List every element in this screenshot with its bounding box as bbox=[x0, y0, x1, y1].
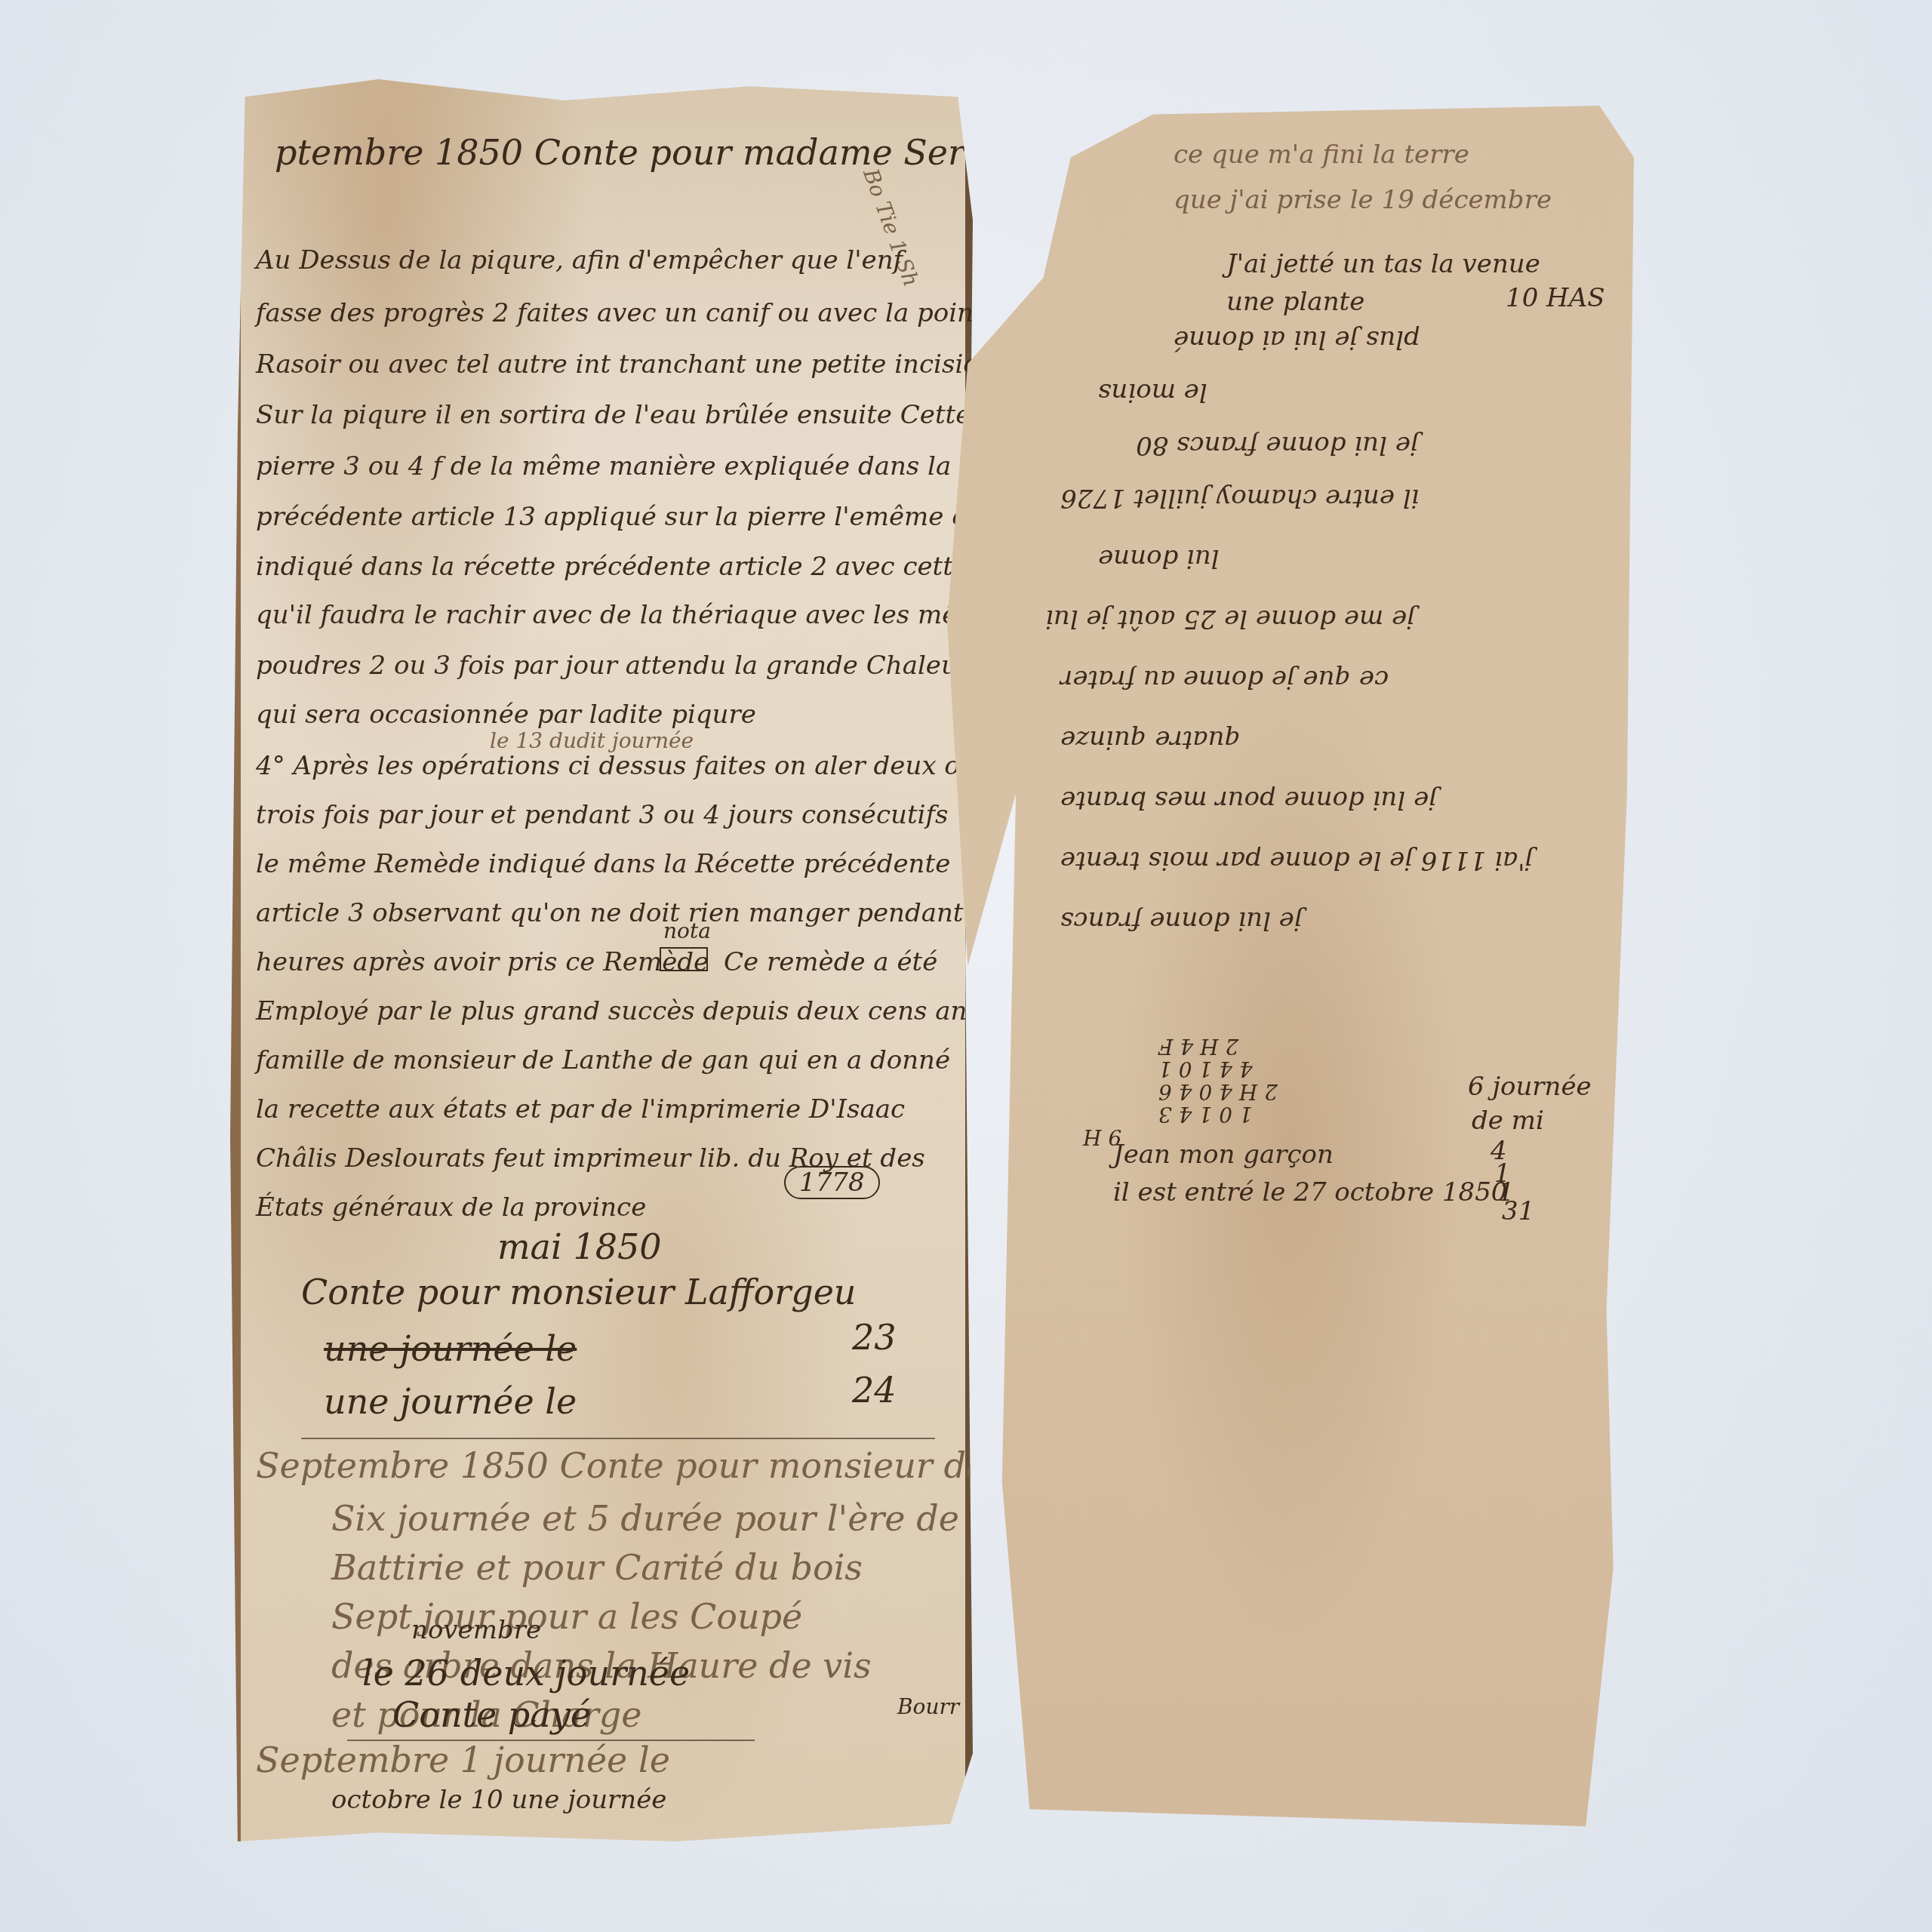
account-line: le 26 deux journée bbox=[362, 1653, 690, 1694]
nota-label: nota bbox=[663, 918, 711, 943]
interlinear-note: le 13 dudit journée bbox=[490, 728, 694, 753]
recipe-line: États généraux de la province bbox=[256, 1192, 646, 1223]
inverted-line: je lui donne francs bbox=[1060, 906, 1302, 936]
recipe-line: le même Remède indiqué dans la Récette p… bbox=[256, 849, 950, 879]
account-line: Six journée et 5 durée pour l'ère de bbox=[331, 1498, 959, 1539]
entry-text: une journée le bbox=[324, 1328, 577, 1369]
account-line: Septembre 1 journée le bbox=[256, 1740, 670, 1780]
inverted-line: le moins bbox=[1098, 377, 1207, 408]
recipe-line: Rasoir ou avec tel autre int tranchant u… bbox=[256, 349, 995, 380]
inverted-line: plus je lui ai donné bbox=[1174, 325, 1420, 355]
account-header: Septembre 1850 Conte pour monsieur dabos bbox=[256, 1445, 1048, 1486]
recipe-line: la recette aux états et par de l'imprime… bbox=[256, 1094, 905, 1124]
account-line: Battirie et pour Carité du bois bbox=[331, 1547, 863, 1588]
inverted-line: je lui donne pour mes brante bbox=[1060, 785, 1437, 815]
divider bbox=[347, 1740, 755, 1741]
recipe-line: fasse des progrès 2 faites avec un canif… bbox=[256, 298, 984, 328]
recipe-line: précédente article 13 appliqué sur la pi… bbox=[256, 502, 1069, 532]
recipe-line: trois fois par jour et pendant 3 ou 4 jo… bbox=[256, 800, 949, 830]
ledger-figure: 1 0 1 4 3 bbox=[1158, 1102, 1253, 1127]
entry-day: 23 bbox=[852, 1317, 897, 1358]
inverted-line: lui donne bbox=[1098, 543, 1220, 574]
inverted-line: je me donne le 25 août je lui bbox=[1045, 604, 1415, 634]
recipe-line: Ce remède a été bbox=[724, 947, 937, 977]
inverted-line: je lui donne francs 80 bbox=[1136, 430, 1418, 460]
page-header: ptembre 1850 Conte pour madame Sermar bbox=[275, 132, 1035, 173]
side-note-line: de mi bbox=[1472, 1106, 1544, 1136]
inverted-line: quatre quinze bbox=[1060, 724, 1241, 755]
divider bbox=[301, 1438, 935, 1439]
ledger-figure: 4 4 1 0 1 bbox=[1158, 1057, 1253, 1081]
recipe-line: qui sera occasionnée par ladite piqure bbox=[256, 700, 756, 730]
recipe-line: famille de monsieur de Lanthe de gan qui… bbox=[256, 1045, 950, 1075]
right-manuscript-fragment: ce que m'a fini la terre que j'ai prise … bbox=[947, 106, 1634, 1826]
ledger-figure: 2 H 4 F bbox=[1158, 1034, 1238, 1059]
circled-year: 1778 bbox=[784, 1166, 880, 1199]
account-paid: Conte payé bbox=[392, 1694, 591, 1735]
recipe-line: heures après avoir pris ce Remède bbox=[256, 947, 709, 977]
top-line: que j'ai prise le 19 décembre bbox=[1174, 185, 1552, 215]
recipe-line: pierre 3 ou 4 f de la même manière expli… bbox=[256, 451, 1035, 481]
ledger-figure: 2 H 4 0 4 6 bbox=[1158, 1079, 1278, 1104]
recipe-line: qu'il faudra le rachir avec de la théria… bbox=[256, 600, 1010, 630]
entry-amount: 10 HAS bbox=[1506, 283, 1605, 313]
recipe-line: article 3 observant qu'on ne doit rien m… bbox=[256, 898, 1034, 928]
entry: J'ai jetté un tas la venue bbox=[1226, 249, 1540, 279]
recipe-line: poudres 2 ou 3 fois par jour attendu la … bbox=[256, 651, 970, 681]
top-line: ce que m'a fini la terre bbox=[1174, 140, 1469, 170]
jean-entry-line: il est entré le 27 octobre 1850 bbox=[1113, 1177, 1507, 1207]
recipe-line: Employé par le plus grand succès depuis … bbox=[256, 996, 1032, 1026]
inverted-line: ce que je donne au frater bbox=[1060, 664, 1389, 694]
account-title: Conte pour monsieur Lafforgeu bbox=[301, 1272, 856, 1312]
recipe-line: Au Dessus de la piqure, afin d'empêcher … bbox=[256, 245, 903, 275]
nota-box bbox=[660, 947, 708, 971]
entry: une plante bbox=[1226, 287, 1364, 317]
inverted-line: j'ai 1116 je le donne par mois trente bbox=[1060, 845, 1533, 875]
entry-day: 24 bbox=[852, 1370, 897, 1411]
inverted-line: il entre chamoy juillet 1726 bbox=[1060, 483, 1420, 513]
account-line: novembre bbox=[411, 1615, 541, 1645]
margin-note: Bourr bbox=[897, 1694, 959, 1719]
jean-entry-line: Jean mon garçon bbox=[1113, 1140, 1334, 1170]
account-line: octobre le 10 une journée bbox=[331, 1785, 667, 1815]
recipe-line: 4° Après les opérations ci dessus faites… bbox=[256, 751, 977, 781]
recipe-line: Sur la piqure il en sortira de l'eau brû… bbox=[256, 400, 971, 430]
account-line: Sept jour pour a les Coupé bbox=[331, 1596, 802, 1637]
account-date: mai 1850 bbox=[497, 1226, 661, 1267]
side-note-line: 6 journée bbox=[1468, 1072, 1592, 1102]
left-manuscript-page: ptembre 1850 Conte pour madame Sermar Bo… bbox=[230, 79, 973, 1841]
entry-text: une journée le bbox=[324, 1381, 577, 1422]
